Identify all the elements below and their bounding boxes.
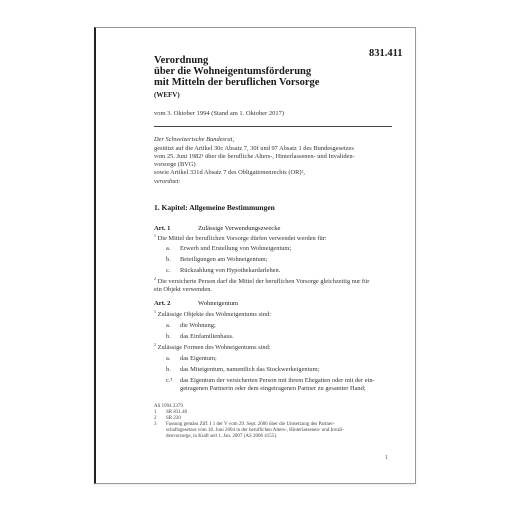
paragraph: 2 Die versicherte Person darf die Mittel… — [154, 278, 369, 294]
article-number: Art. 2 — [154, 300, 198, 307]
article-1-heading: Art. 1Zulässige Verwendungszwecke — [154, 225, 280, 232]
preamble-line: vorsorge (BVG) — [154, 161, 355, 169]
paragraph: 1 Die Mittel der beruflichen Vorsorge dü… — [154, 235, 327, 242]
preamble-line: vom 25. Juni 1982¹ über die berufliche A… — [154, 153, 355, 161]
document-date: vom 3. Oktober 1994 (Stand am 1. Oktober… — [154, 110, 284, 117]
title-divider — [154, 126, 392, 127]
paragraph: 1 Zulässige Objekte des Wohneigentums si… — [154, 311, 271, 318]
list-item: a.das Eigentum; — [166, 355, 217, 362]
footnotes: AS 1994 2379 1SR 831.40 2SR 220 3Fassung… — [154, 404, 344, 440]
preamble-authority: Der Schweizerische Bundesrat, — [154, 136, 355, 144]
preamble-line: gestützt auf die Artikel 30c Absatz 7, 3… — [154, 145, 355, 153]
footnote: 3Fassung gemäss Ziff. I 1 der V vom 29. … — [154, 422, 344, 440]
preamble: Der Schweizerische Bundesrat, gestützt a… — [154, 136, 355, 186]
article-number: Art. 1 — [154, 225, 198, 232]
article-title: Wohneigentum — [198, 300, 238, 307]
title-line: mit Mitteln der beruflichen Vorsorge — [154, 77, 319, 88]
article-2-heading: Art. 2Wohneigentum — [154, 300, 238, 307]
sr-number: 831.411 — [369, 48, 403, 59]
paragraph: 2 Zulässige Formen des Wohneigentums sin… — [154, 344, 271, 351]
list-item: b.Beteiligungen am Wohneigentum; — [166, 256, 267, 263]
document-title: Verordnung über die Wohneigentumsförderu… — [154, 55, 319, 88]
page-number: 1 — [385, 455, 388, 461]
list-item: c.³das Eigentum der versicherten Person … — [166, 377, 375, 393]
title-line: Verordnung — [154, 55, 319, 66]
list-item: b.das Miteigentum, namentlich das Stockw… — [166, 366, 319, 373]
list-item: b.das Einfamilienhaus. — [166, 333, 234, 340]
title-line: über die Wohneigentumsförderung — [154, 66, 319, 77]
list-item: a.Erwerb und Erstellung von Wohneigentum… — [166, 245, 291, 252]
preamble-line: sowie Artikel 331d Absatz 7 des Obligati… — [154, 169, 355, 177]
list-item: c.Rückzahlung von Hypothekardarlehen. — [166, 267, 280, 274]
list-item: a.die Wohnung; — [166, 322, 216, 329]
chapter-heading: 1. Kapitel: Allgemeine Bestimmungen — [154, 203, 275, 212]
article-title: Zulässige Verwendungszwecke — [198, 225, 280, 232]
document-abbreviation: (WEFV) — [154, 91, 180, 99]
preamble-closing: verordnet: — [154, 178, 355, 186]
